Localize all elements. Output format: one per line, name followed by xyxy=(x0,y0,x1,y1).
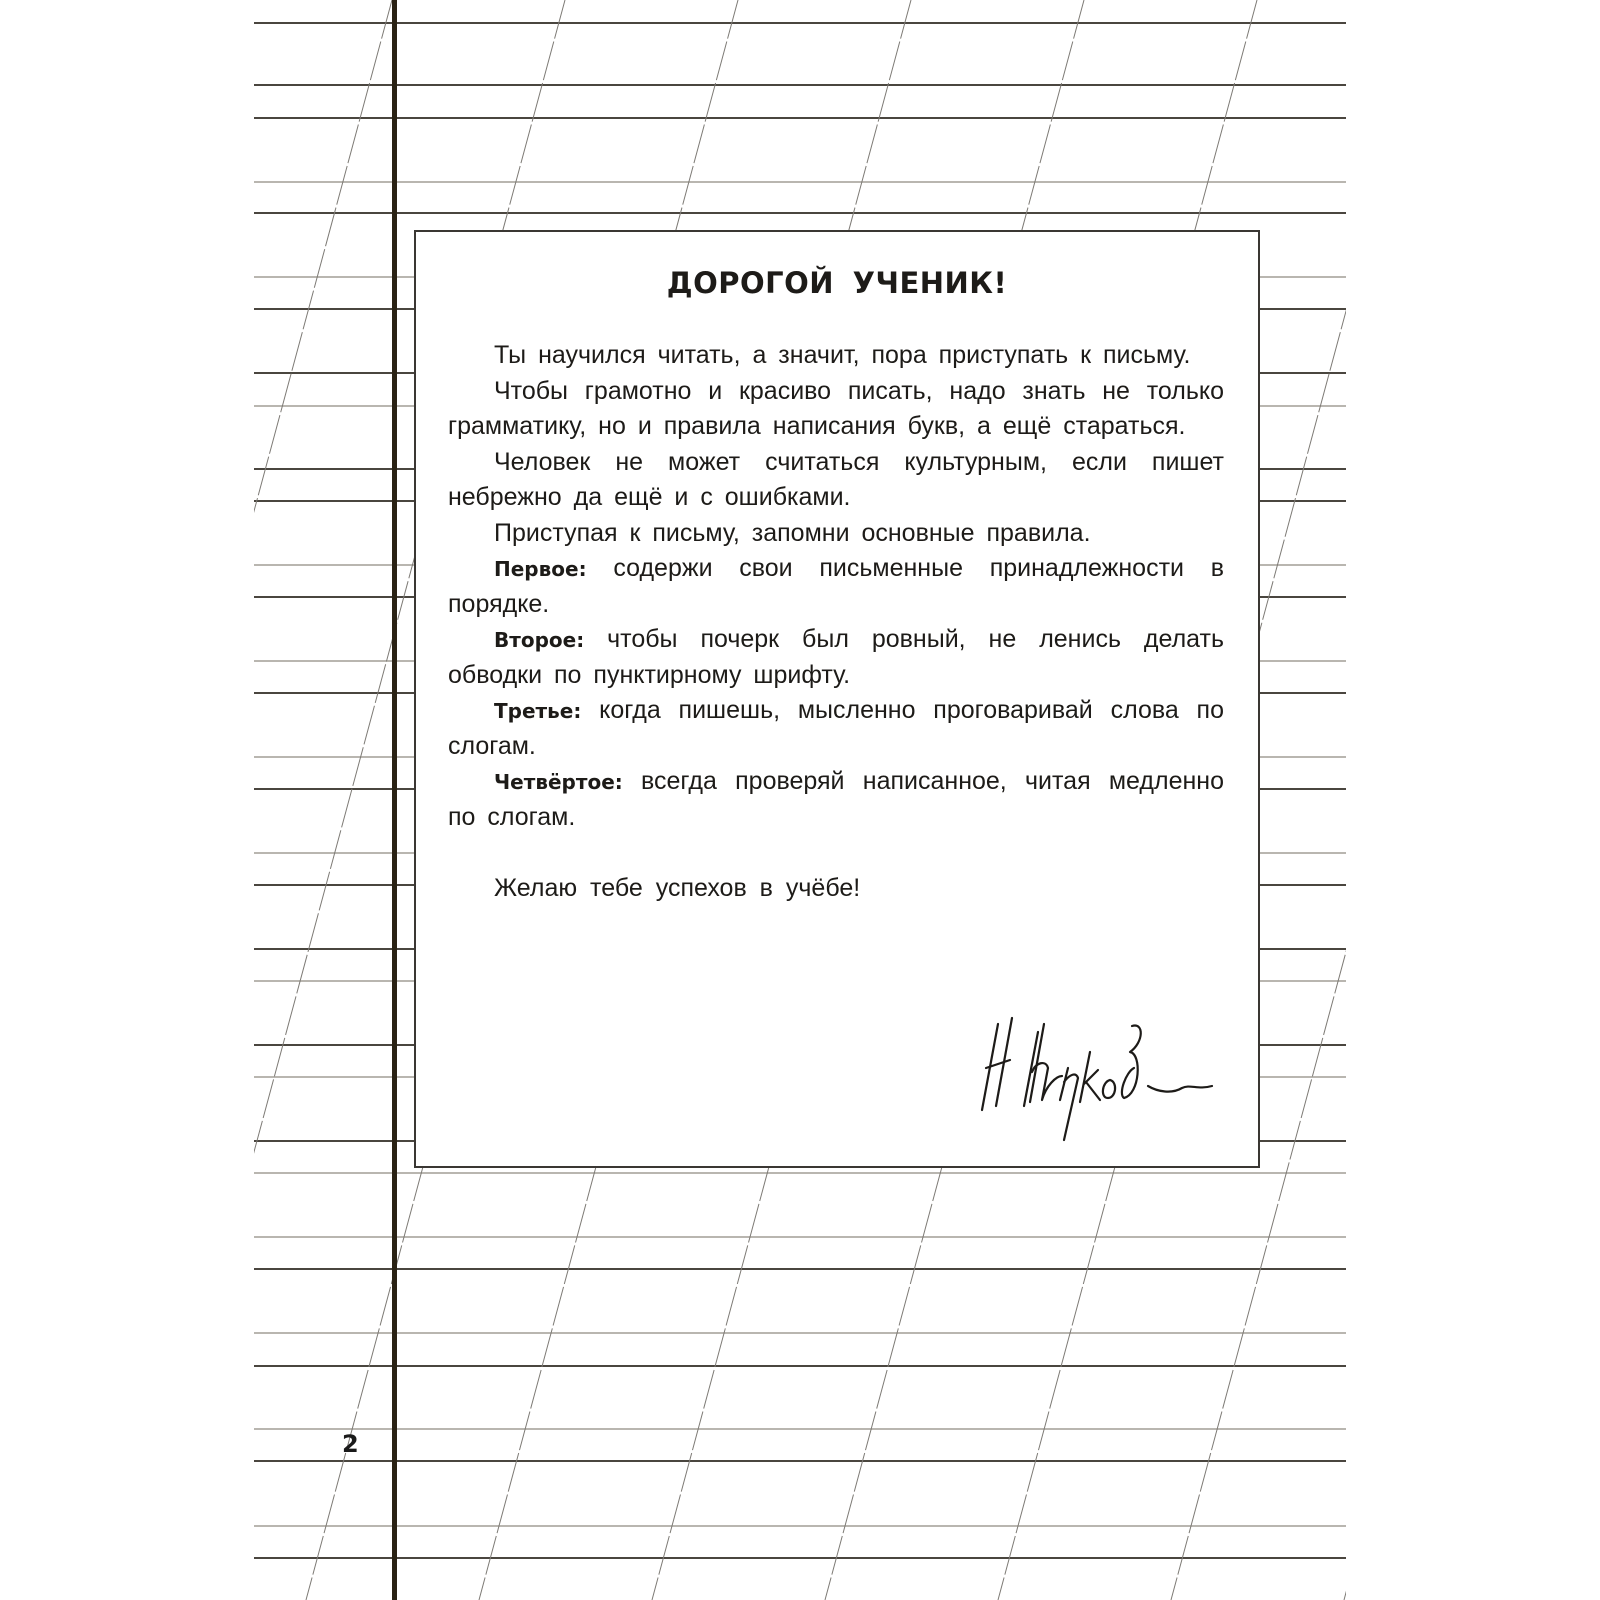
signature xyxy=(976,1002,1226,1142)
page-number: 2 xyxy=(342,1430,359,1458)
rule-label: Второе: xyxy=(494,628,584,652)
paragraph: Человек не может считаться культурным, е… xyxy=(448,445,1224,516)
rule-first: Первое: содержи свои письменные принадле… xyxy=(448,551,1224,622)
rule-label: Первое: xyxy=(494,557,587,581)
rule-second: Второе: чтобы почерк был ровный, не лени… xyxy=(448,622,1224,693)
rule-third: Третье: когда пишешь, мысленно проговари… xyxy=(448,693,1224,764)
paragraph: Приступая к письму, запомни основные пра… xyxy=(448,516,1224,552)
rule-fourth: Четвёртое: всегда проверяй написанное, ч… xyxy=(448,764,1224,835)
rule-label: Третье: xyxy=(494,699,581,723)
letter-title: ДОРОГОЙ УЧЕНИК! xyxy=(416,266,1258,300)
margin-line xyxy=(392,0,397,1600)
closing-line: Желаю тебе успехов в учёбе! xyxy=(448,871,1224,907)
paragraph: Ты научился читать, а значит, пора прист… xyxy=(448,338,1224,374)
letter-box: ДОРОГОЙ УЧЕНИК! Ты научился читать, а зн… xyxy=(414,230,1260,1168)
rule-label: Четвёртое: xyxy=(494,770,623,794)
paragraph: Чтобы грамотно и красиво писать, надо зн… xyxy=(448,374,1224,445)
letter-body: Ты научился читать, а значит, пора прист… xyxy=(448,338,1224,907)
